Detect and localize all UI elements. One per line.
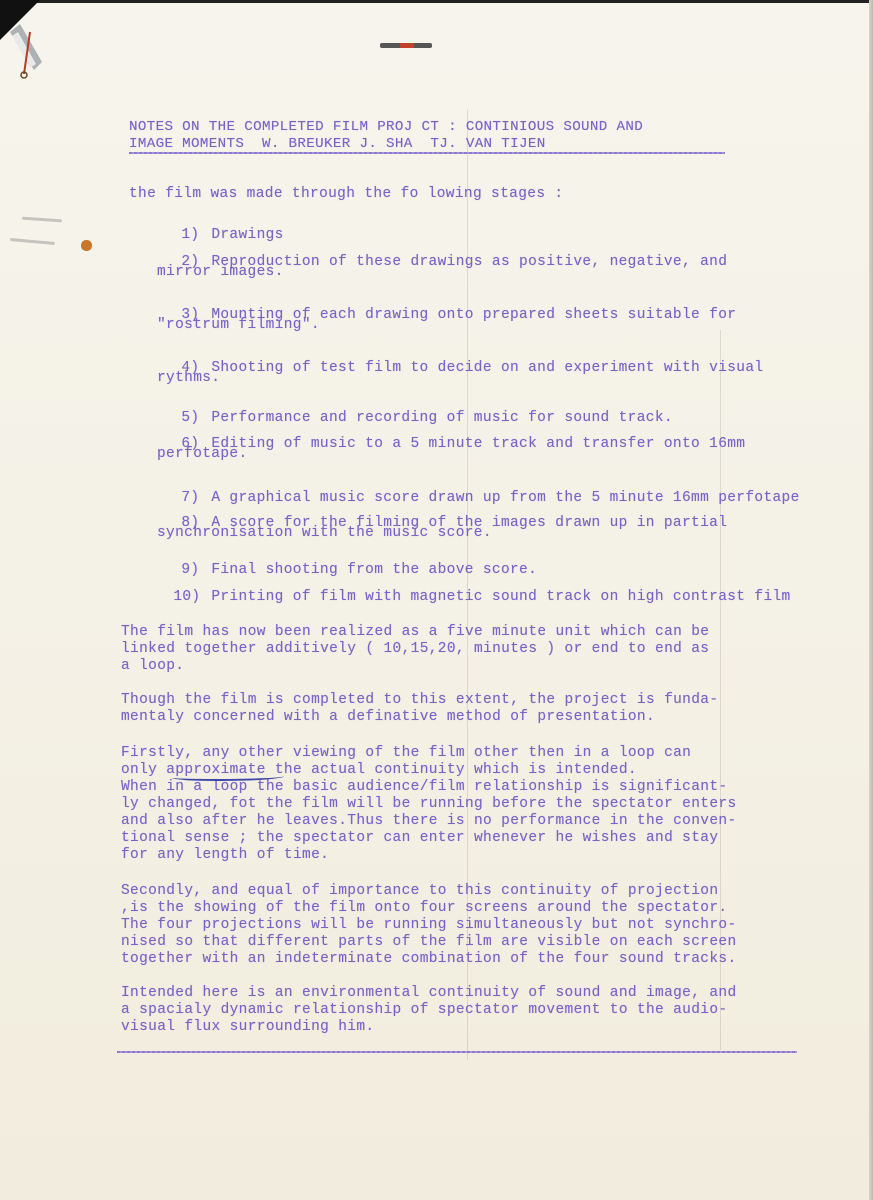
stage-text-continued: "rostrum filming". <box>157 317 320 333</box>
rust-stain <box>81 240 92 251</box>
stage-number: 10) <box>173 589 211 605</box>
paragraph-line: a loop. <box>121 658 709 675</box>
paragraph-line: The film has now been realized as a five… <box>121 624 709 641</box>
smudge-mark <box>10 238 55 245</box>
paragraph-line: a spacialy dynamic relationship of spect… <box>121 1002 737 1019</box>
paragraph-line: together with an indeterminate combinati… <box>121 951 737 968</box>
stage-text: Reproduction of these drawings as positi… <box>211 254 727 270</box>
paragraph-line: ,is the showing of the film onto four sc… <box>121 900 737 917</box>
stage-item: 10)Printing of film with magnetic sound … <box>119 573 791 621</box>
staple-icon <box>380 43 432 48</box>
paragraph-line: Though the film is completed to this ext… <box>121 692 718 709</box>
paragraph-line: mentaly concerned with a definative meth… <box>121 709 718 726</box>
title-line-1: NOTES ON THE COMPLETED FILM PROJ CT : CO… <box>129 119 729 136</box>
paragraph-line: and also after he leaves.Thus there is n… <box>121 813 737 830</box>
paragraph-line: Firstly, any other viewing of the film o… <box>121 745 737 762</box>
stage-text-continued: synchronisation with the music score. <box>157 525 492 541</box>
paragraph-line: visual flux surrounding him. <box>121 1019 737 1036</box>
paragraph-presentation: Though the film is completed to this ext… <box>121 692 718 726</box>
paragraph-line: tional sense ; the spectator can enter w… <box>121 830 737 847</box>
stage-text-continued: rythms. <box>157 370 220 386</box>
paragraph-line: When in a loop the basic audience/film r… <box>121 779 737 796</box>
paragraph-line: The four projections will be running sim… <box>121 917 737 934</box>
stage-text: Editing of music to a 5 minute track and… <box>211 436 745 452</box>
paragraph-line: Secondly, and equal of importance to thi… <box>121 883 737 900</box>
paragraph-secondly: Secondly, and equal of importance to thi… <box>121 883 737 968</box>
paper-clip-icon <box>6 22 44 80</box>
paragraph-intended: Intended here is an environmental contin… <box>121 985 737 1036</box>
document-title: NOTES ON THE COMPLETED FILM PROJ CT : CO… <box>129 119 729 153</box>
paragraph-line: for any length of time. <box>121 847 737 864</box>
paragraph-film-unit: The film has now been realized as a five… <box>121 624 709 675</box>
stage-text: Shooting of test film to decide on and e… <box>211 360 763 376</box>
page-right-edge <box>869 0 873 1200</box>
scanned-document-page: NOTES ON THE COMPLETED FILM PROJ CT : CO… <box>0 0 873 1200</box>
scan-top-edge <box>0 0 873 3</box>
paragraph-line: nised so that different parts of the fil… <box>121 934 737 951</box>
title-line-2: IMAGE MOMENTS W. BREUKER J. SHA TJ. VAN … <box>129 136 729 153</box>
paragraph-line: linked together additively ( 10,15,20, m… <box>121 641 709 658</box>
paragraph-line: ly changed, fot the film will be running… <box>121 796 737 813</box>
smudge-mark <box>22 217 62 223</box>
stage-text-continued: perfotape. <box>157 446 248 462</box>
paragraph-firstly: Firstly, any other viewing of the film o… <box>121 745 737 864</box>
paragraph-line: Intended here is an environmental contin… <box>121 985 737 1002</box>
stages-intro: the film was made through the fo lowing … <box>129 186 563 202</box>
stage-text: Printing of film with magnetic sound tra… <box>211 589 790 605</box>
stage-text-continued: mirror images. <box>157 264 284 280</box>
title-underline <box>129 152 725 154</box>
closing-rule <box>117 1051 797 1053</box>
